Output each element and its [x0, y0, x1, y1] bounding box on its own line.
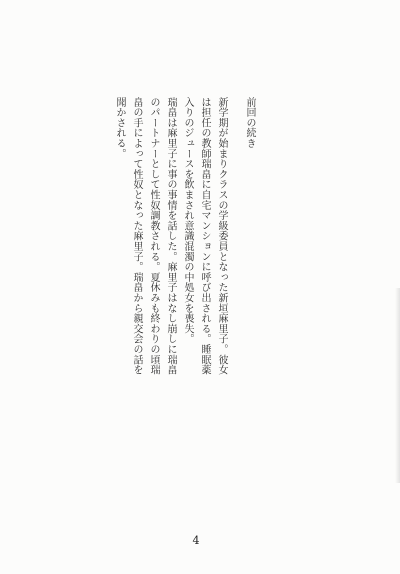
body-line: のパートナーとして性奴調教される。夏休みも終わりの頃瑞 — [145, 97, 162, 378]
body-line: 瑞畠は麻里子に事の事情を話した。麻里子はなし崩しに瑞畠 — [162, 97, 179, 378]
body-line: 入りのジュースを飲まされ意識混濁の中処女を喪失。 — [179, 97, 196, 378]
vertical-text-block: 前回の続き 新学期が始まりクラスの学級委員となった新垣麻里子。彼女 は担任の教師… — [111, 97, 258, 378]
body-line: 新学期が始まりクラスの学級委員となった新垣麻里子。彼女 — [213, 97, 230, 378]
page-number: 4 — [186, 534, 206, 547]
body-line: は担任の教師瑞畠に自宅マンションに呼び出される。睡眠薬 — [196, 97, 213, 378]
body-line: 畠の手によって性奴となった麻里子。瑞畠から親交会の話を — [128, 97, 145, 378]
body-line: 聞かされる。 — [111, 97, 128, 378]
scan-artifact — [395, 288, 400, 483]
section-title: 前回の続き — [241, 97, 258, 378]
book-page: 前回の続き 新学期が始まりクラスの学級委員となった新垣麻里子。彼女 は担任の教師… — [0, 0, 400, 574]
